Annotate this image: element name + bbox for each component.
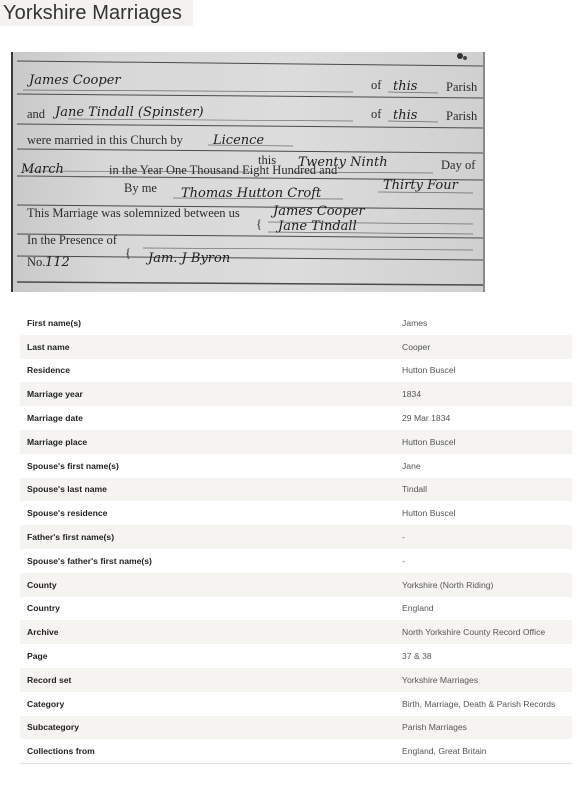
table-row: Marriage placeHutton Buscel — [20, 430, 572, 454]
row-value: Jane — [402, 461, 572, 471]
svg-text:Parish: Parish — [446, 109, 478, 123]
svg-text:James Cooper: James Cooper — [270, 204, 365, 219]
row-value: England — [402, 603, 572, 613]
table-row: Spouse's father's first name(s)- — [20, 549, 572, 573]
row-label: Page — [20, 651, 402, 661]
register-scan-drawing: of Parish and of Parish were married in … — [13, 52, 483, 292]
table-row: CategoryBirth, Marriage, Death & Parish … — [20, 692, 572, 716]
svg-text:Thomas Hutton Croft: Thomas Hutton Croft — [181, 186, 322, 201]
row-value: 29 Mar 1834 — [402, 413, 572, 423]
table-row: Collections fromEngland, Great Britain — [20, 739, 572, 763]
table-row: Father's first name(s)- — [20, 525, 572, 549]
table-row: Spouse's first name(s)Jane — [20, 454, 572, 478]
svg-text:{: { — [125, 246, 131, 260]
svg-text:Jane Tindall: Jane Tindall — [275, 219, 357, 234]
page-title-box: Yorkshire Marriages — [0, 0, 193, 26]
svg-text:Licence: Licence — [212, 133, 264, 148]
table-row: Last nameCooper — [20, 335, 572, 359]
row-value: Birth, Marriage, Death & Parish Records — [402, 699, 572, 709]
row-label: Category — [20, 699, 402, 709]
row-label: County — [20, 580, 402, 590]
row-label: Collections from — [20, 746, 402, 756]
row-label: Residence — [20, 365, 402, 375]
row-value: - — [402, 556, 572, 566]
svg-text:Jam. J Byron: Jam. J Byron — [145, 251, 230, 266]
table-row: Record setYorkshire Marriages — [20, 668, 572, 692]
row-label: Archive — [20, 627, 402, 637]
row-label: Last name — [20, 342, 402, 352]
table-row: SubcategoryParish Marriages — [20, 716, 572, 740]
svg-text:were married in this Church by: were married in this Church by — [27, 133, 184, 147]
svg-text:Thirty Four: Thirty Four — [383, 178, 459, 193]
svg-text:Jane Tindall (Spinster): Jane Tindall (Spinster) — [52, 105, 204, 120]
svg-text:{: { — [256, 217, 262, 231]
svg-text:Twenty Ninth: Twenty Ninth — [298, 155, 388, 170]
row-value: Hutton Buscel — [402, 365, 572, 375]
svg-text:This Marriage was solemnized b: This Marriage was solemnized between us — [27, 206, 240, 220]
svg-text:By me: By me — [124, 181, 157, 195]
svg-text:this: this — [393, 108, 418, 123]
row-value: Hutton Buscel — [402, 437, 572, 447]
row-value: Parish Marriages — [402, 722, 572, 732]
table-row: CountryEngland — [20, 597, 572, 621]
svg-text:of: of — [371, 107, 382, 121]
table-row: Spouse's residenceHutton Buscel — [20, 501, 572, 525]
record-details-table: First name(s)James Last nameCooper Resid… — [20, 311, 572, 764]
svg-text:of: of — [371, 78, 382, 92]
row-value: Cooper — [402, 342, 572, 352]
row-value: Hutton Buscel — [402, 508, 572, 518]
row-value: North Yorkshire County Record Office — [402, 627, 572, 637]
row-label: Record set — [20, 675, 402, 685]
table-row: ArchiveNorth Yorkshire County Record Off… — [20, 620, 572, 644]
svg-text:and: and — [27, 107, 46, 121]
row-value: James — [402, 318, 572, 328]
row-value: 37 & 38 — [402, 651, 572, 661]
svg-text:112: 112 — [45, 255, 70, 270]
page-title: Yorkshire Marriages — [3, 1, 182, 25]
svg-text:James Cooper: James Cooper — [26, 73, 121, 88]
svg-text:In the Presence of: In the Presence of — [27, 233, 118, 247]
svg-text:Day of: Day of — [441, 158, 476, 172]
table-row: First name(s)James — [20, 311, 572, 335]
row-value: Yorkshire (North Riding) — [402, 580, 572, 590]
row-label: Marriage place — [20, 437, 402, 447]
row-value: England, Great Britain — [402, 746, 572, 756]
row-label: Country — [20, 603, 402, 613]
row-label: Father's first name(s) — [20, 532, 402, 542]
row-label: Marriage date — [20, 413, 402, 423]
row-label: Spouse's father's first name(s) — [20, 556, 402, 566]
table-row: Marriage year1834 — [20, 382, 572, 406]
svg-text:No.: No. — [27, 255, 45, 269]
row-label: Marriage year — [20, 389, 402, 399]
row-label: First name(s) — [20, 318, 402, 328]
row-label: Spouse's last name — [20, 484, 402, 494]
row-value: Tindall — [402, 484, 572, 494]
row-label: Subcategory — [20, 722, 402, 732]
table-row: Spouse's last nameTindall — [20, 478, 572, 502]
row-value: 1834 — [402, 389, 572, 399]
table-row: Page37 & 38 — [20, 644, 572, 668]
table-row: CountyYorkshire (North Riding) — [20, 573, 572, 597]
table-row: ResidenceHutton Buscel — [20, 359, 572, 383]
row-label: Spouse's first name(s) — [20, 461, 402, 471]
svg-text:March: March — [20, 162, 64, 177]
row-value: - — [402, 532, 572, 542]
register-scan-image: of Parish and of Parish were married in … — [11, 52, 485, 292]
table-row: Marriage date29 Mar 1834 — [20, 406, 572, 430]
svg-text:Parish: Parish — [446, 80, 478, 94]
svg-text:this: this — [393, 79, 418, 94]
row-value: Yorkshire Marriages — [402, 675, 572, 685]
row-label: Spouse's residence — [20, 508, 402, 518]
